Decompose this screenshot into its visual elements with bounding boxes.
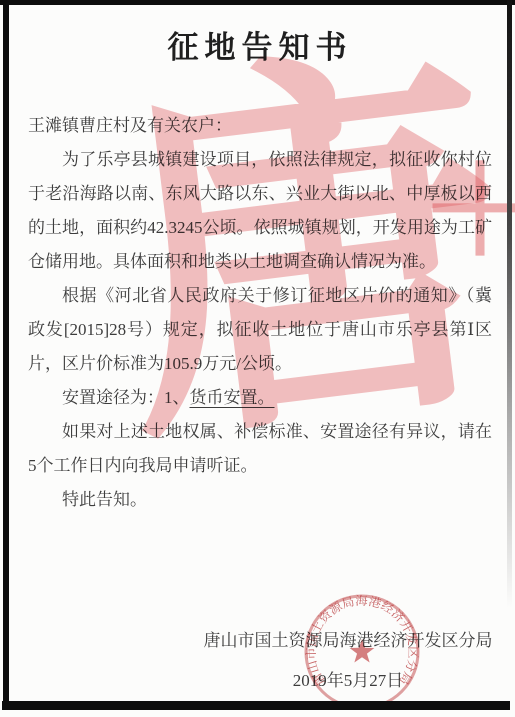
paragraph-project: 为了乐亭县城镇建设项目，依照法律规定，拟征收你村位于老沿海路以南、东风大路以东、… [28,143,492,279]
paragraph-compensation: 根据《河北省人民政府关于修订征地区片价的通知》（冀政发[2015]28号）规定，… [28,279,492,381]
notice-title: 征地告知书 [28,22,492,67]
issuing-agency: 唐山市国土资源局海港经济开发区分局 [197,626,499,651]
resettlement-prefix: 安置途径为：1、 [62,388,190,407]
scan-border-top [0,0,515,5]
issue-date: 2019年5月27日 [197,666,499,691]
scan-margin-bottom [0,710,515,717]
resettlement-method-underlined: 货币安置。 [190,388,275,407]
document-page: 唐 ＋ 征地告知书 王滩镇曹庄村及有关农户： 为了乐亭县城镇建设项目，依照法律规… [0,0,515,717]
paragraph-resettlement: 安置途径为：1、货币安置。 [28,381,492,415]
paragraph-closing: 特此告知。 [28,483,492,517]
signature-block: 唐山市国土资源局海港经济开发区分局 2019年5月27日 [197,626,499,691]
scan-border-right [507,0,512,640]
scan-border-left [3,0,9,710]
paragraph-hearing: 如果对上述土地权属、补偿标准、安置途径有异议，请在5个工作日内向我局申请听证。 [28,415,492,483]
notice-body: 征地告知书 王滩镇曹庄村及有关农户： 为了乐亭县城镇建设项目，依照法律规定，拟征… [10,5,508,517]
salutation-line: 王滩镇曹庄村及有关农户： [28,109,492,143]
scan-border-bottom [2,701,510,710]
notice-text: 王滩镇曹庄村及有关农户： 为了乐亭县城镇建设项目，依照法律规定，拟征收你村位于老… [28,109,492,517]
